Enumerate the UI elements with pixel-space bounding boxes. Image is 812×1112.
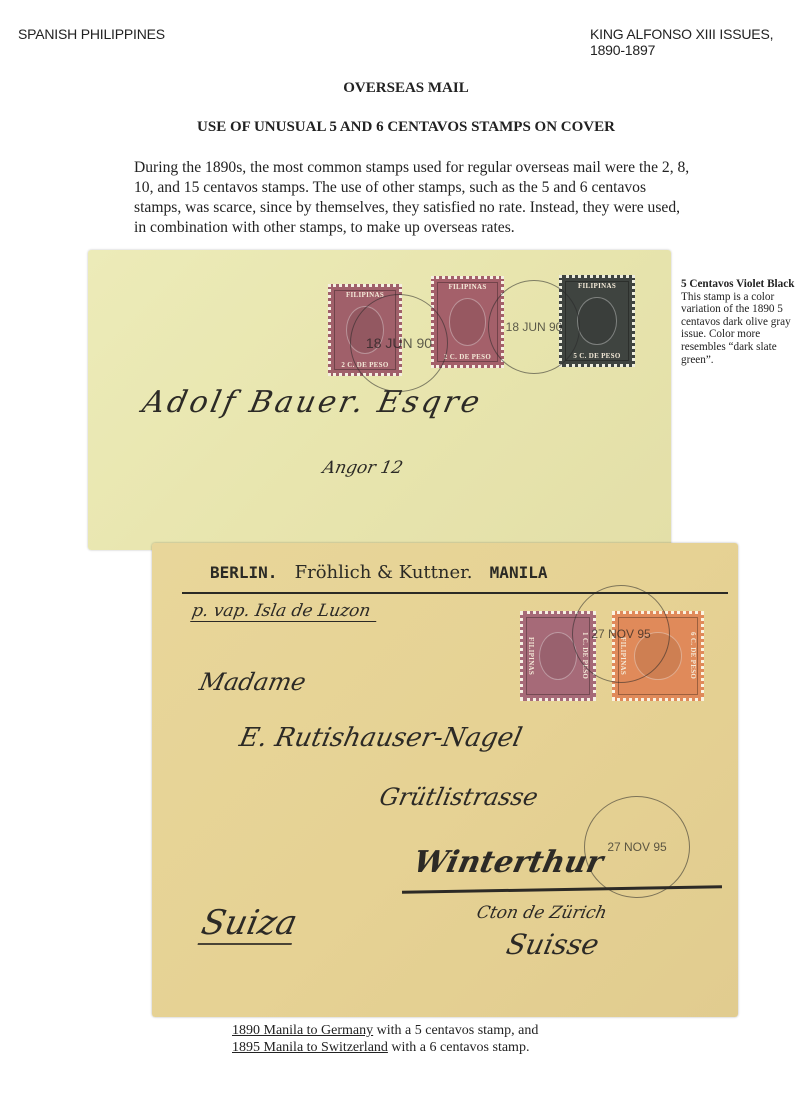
- postmark-date: 18 JUN 90: [366, 335, 432, 351]
- sidenote-body: This stamp is a color variation of the 1…: [681, 291, 791, 366]
- cover-1895-envelope: BERLIN. Fröhlich & Kuttner. MANILA p. va…: [152, 543, 738, 1017]
- destination-note: Suiza: [198, 903, 301, 945]
- stamp-sidenote: 5 Centavos Violet Black This stamp is a …: [681, 278, 806, 366]
- addressee-title: Madame: [197, 668, 308, 696]
- addressee-city: Winterthur: [410, 845, 606, 880]
- page-subtitle: USE OF UNUSUAL 5 AND 6 CENTAVOS STAMPS O…: [0, 119, 812, 136]
- stamp-country: FILIPINAS: [527, 637, 535, 675]
- postmark-manila-1890-2: 18 JUN 90: [488, 280, 580, 374]
- section-title: OVERSEAS MAIL: [0, 80, 812, 97]
- addressee-name: E. Rutishauser-Nagel: [237, 723, 525, 753]
- intro-paragraph: During the 1890s, the most common stamps…: [134, 158, 694, 238]
- caption-link-switzerland: 1895 Manila to Switzerland: [232, 1040, 388, 1055]
- caption-line2-text: with a 6 centavos stamp.: [388, 1040, 530, 1055]
- covers-caption: 1890 Manila to Germany with a 5 centavos…: [232, 1022, 538, 1056]
- portrait-icon: [449, 298, 486, 345]
- stamp-value: 5 C. DE PESO: [573, 352, 620, 360]
- stamp-country: FILIPINAS: [448, 283, 486, 291]
- postmark-manila-1890: 18 JUN 90: [350, 294, 448, 392]
- postmark-date: 27 NOV 95: [591, 627, 650, 641]
- addressee-street: Angor 12: [321, 458, 405, 478]
- letterhead: BERLIN. Fröhlich & Kuttner. MANILA: [210, 562, 547, 583]
- letterhead-berlin: BERLIN.: [210, 563, 277, 582]
- addressee-name: Adolf Bauer. Esqre: [139, 385, 485, 420]
- stamp-value: 6 C. DE PESO: [689, 632, 697, 679]
- stamp-country: FILIPINAS: [578, 282, 616, 290]
- postmark-manila-1895: 27 NOV 95: [572, 585, 670, 683]
- sidenote-title: 5 Centavos Violet Black: [681, 278, 806, 291]
- addressee-country: Suisse: [503, 928, 601, 961]
- page-header-right: KING ALFONSO XIII ISSUES, 1890-1897: [590, 26, 773, 58]
- header-right-line2: 1890-1897: [590, 42, 773, 58]
- caption-link-germany: 1890 Manila to Germany: [232, 1023, 373, 1038]
- addressee-canton: Cton de Zürich: [475, 903, 609, 923]
- header-right-line1: KING ALFONSO XIII ISSUES,: [590, 26, 773, 42]
- caption-line1-text: with a 5 centavos stamp, and: [373, 1023, 538, 1038]
- portrait-icon: [577, 297, 616, 344]
- cover-1890-envelope: FILIPINAS2 C. DE PESO FILIPINAS2 C. DE P…: [88, 250, 671, 550]
- addressee-street: Grütlistrasse: [377, 783, 541, 811]
- routing-note: p. vap. Isla de Luzon: [190, 601, 380, 622]
- postmark-date: 27 NOV 95: [607, 840, 666, 854]
- letterhead-manila: MANILA: [490, 563, 548, 582]
- letterhead-firm: Fröhlich & Kuttner.: [295, 562, 473, 583]
- city-underline: [402, 885, 722, 894]
- page-header-left: SPANISH PHILIPPINES: [18, 26, 165, 42]
- stamp-value: 2 C. DE PESO: [444, 353, 491, 361]
- portrait-icon: [539, 632, 577, 680]
- postmark-date: 18 JUN 90: [506, 320, 563, 334]
